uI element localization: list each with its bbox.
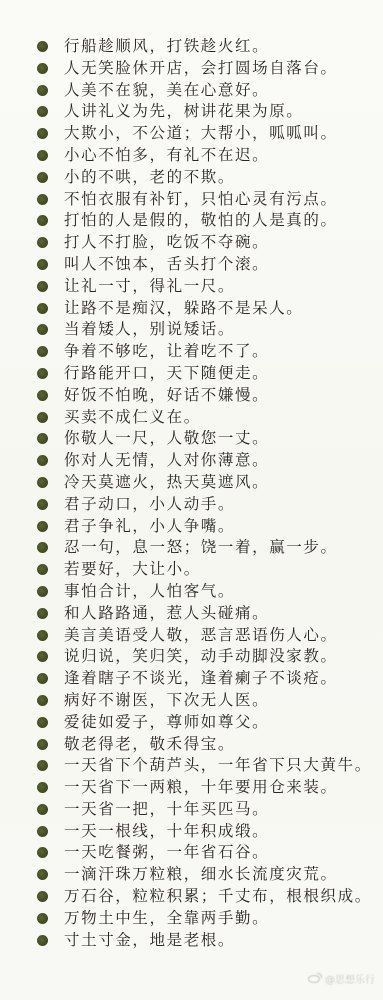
proverb-text: 打人不打脸，吃饭不夺碗。	[64, 233, 269, 251]
bullet-icon	[37, 630, 48, 641]
proverb-text: 行船趁顺风，打铁趁火红。	[64, 37, 269, 55]
list-item: 一天省下一两粮，十年要用仓来装。	[34, 776, 372, 798]
proverb-text: 不怕衣服有补钉，只怕心灵有污点。	[64, 190, 338, 208]
bullet-icon	[37, 542, 48, 553]
list-item: 一天一根线，十年积成缎。	[34, 820, 372, 842]
bullet-icon	[37, 215, 48, 226]
proverb-text: 人美不在貌，美在心意好。	[64, 81, 269, 99]
proverb-text: 打怕的人是假的，敬怕的人是真的。	[64, 211, 338, 229]
bullet-icon	[37, 739, 48, 750]
proverb-text: 买卖不成仁义在。	[64, 408, 201, 426]
list-item: 冷天莫遮火，热天莫遮风。	[34, 471, 372, 493]
watermark: @思想乐行	[308, 971, 375, 986]
proverb-text: 一天省下一两粮，十年要用仓来装。	[64, 778, 338, 796]
list-item: 你敬人一尺，人敬您一丈。	[34, 427, 372, 449]
list-item: 万物土中生，全靠两手勤。	[34, 907, 372, 929]
list-item: 叫人不蚀本，舌头打个滚。	[34, 253, 372, 275]
bullet-icon	[37, 128, 48, 139]
proverb-list: 行船趁顺风，打铁趁火红。人无笑脸休开店，会打圆场自落台。人美不在貌，美在心意好。…	[34, 35, 372, 950]
bullet-icon	[37, 608, 48, 619]
bullet-icon	[37, 564, 48, 575]
proverb-text: 若要好，大让小。	[64, 560, 201, 578]
proverb-text: 小心不怕多，有礼不在迟。	[64, 146, 269, 164]
bullet-icon	[37, 826, 48, 837]
bullet-icon	[37, 869, 48, 880]
list-item: 人美不在貌，美在心意好。	[34, 79, 372, 101]
proverb-text: 一天省下个葫芦头，一年省下只大黄牛。	[64, 756, 372, 774]
proverb-text: 人讲礼义为先，树讲花果为原。	[64, 102, 303, 120]
bullet-icon	[37, 412, 48, 423]
proverb-text: 一天省一把，十年买匹马。	[64, 800, 269, 818]
proverb-text: 让礼一寸，得礼一尺。	[64, 277, 235, 295]
list-item: 小心不怕多，有礼不在迟。	[34, 144, 372, 166]
proverb-text: 人无笑脸休开店，会打圆场自落台。	[64, 59, 338, 77]
list-item: 好饭不怕晚，好话不嫌慢。	[34, 384, 372, 406]
bullet-icon	[37, 172, 48, 183]
proverb-text: 一天一根线，十年积成缎。	[64, 822, 269, 840]
list-item: 一天吃餐粥，一年省石谷。	[34, 841, 372, 863]
bullet-icon	[37, 804, 48, 815]
list-item: 君子动口，小人动手。	[34, 493, 372, 515]
proverb-text: 君子争礼，小人争嘴。	[64, 517, 235, 535]
list-item: 人无笑脸休开店，会打圆场自落台。	[34, 57, 372, 79]
list-item: 打人不打脸，吃饭不夺碗。	[34, 231, 372, 253]
bullet-icon	[37, 651, 48, 662]
proverb-text: 美言美语受人敬，恶言恶语伤人心。	[64, 626, 338, 644]
proverb-text: 叫人不蚀本，舌头打个滚。	[64, 255, 269, 273]
bullet-icon	[37, 106, 48, 117]
proverb-text: 一天吃餐粥，一年省石谷。	[64, 843, 269, 861]
list-item: 小的不哄，老的不欺。	[34, 166, 372, 188]
list-item: 万石谷，粒粒积累；千丈布，根根织成。	[34, 885, 372, 907]
proverb-text: 当着矮人，别说矮话。	[64, 320, 235, 338]
list-item: 你对人无情，人对你薄意。	[34, 449, 372, 471]
bullet-icon	[37, 85, 48, 96]
proverb-text: 忍一句，息一怒；饶一着，赢一步。	[64, 538, 338, 556]
bullet-icon	[37, 237, 48, 248]
proverb-text: 争着不够吃，让着吃不了。	[64, 342, 269, 360]
list-item: 打怕的人是假的，敬怕的人是真的。	[34, 209, 372, 231]
list-item: 爱徒如爱子，尊师如尊父。	[34, 711, 372, 733]
bullet-icon	[37, 913, 48, 924]
bullet-icon	[37, 782, 48, 793]
list-item: 美言美语受人敬，恶言恶语伤人心。	[34, 624, 372, 646]
list-item: 人讲礼义为先，树讲花果为原。	[34, 100, 372, 122]
document-page: 行船趁顺风，打铁趁火红。人无笑脸休开店，会打圆场自落台。人美不在貌，美在心意好。…	[0, 0, 383, 1000]
bullet-icon	[37, 695, 48, 706]
list-item: 逢着瞎子不谈光，逢着瘌子不谈疮。	[34, 667, 372, 689]
bullet-icon	[37, 935, 48, 946]
proverb-text: 你对人无情，人对你薄意。	[64, 451, 269, 469]
proverb-text: 让路不是痴汉，躲路不是呆人。	[64, 299, 303, 317]
proverb-text: 好饭不怕晚，好话不嫌慢。	[64, 386, 269, 404]
weibo-icon	[308, 973, 322, 984]
list-item: 寸土寸金，地是老根。	[34, 929, 372, 951]
list-item: 病好不谢医，下次无人医。	[34, 689, 372, 711]
proverb-text: 君子动口，小人动手。	[64, 495, 235, 513]
list-item: 一滴汗珠万粒粮，细水长流度灾荒。	[34, 863, 372, 885]
proverb-text: 寸土寸金，地是老根。	[64, 931, 235, 949]
list-item: 君子争礼，小人争嘴。	[34, 515, 372, 537]
bullet-icon	[37, 281, 48, 292]
bullet-icon	[37, 717, 48, 728]
list-item: 敬老得老，敬禾得宝。	[34, 733, 372, 755]
proverb-text: 冷天莫遮火，热天莫遮风。	[64, 473, 269, 491]
bullet-icon	[37, 346, 48, 357]
list-item: 大欺小，不公道；大帮小，呱呱叫。	[34, 122, 372, 144]
bullet-icon	[37, 390, 48, 401]
bullet-icon	[37, 521, 48, 532]
bullet-icon	[37, 586, 48, 597]
list-item: 争着不够吃，让着吃不了。	[34, 340, 372, 362]
proverb-text: 爱徒如爱子，尊师如尊父。	[64, 713, 269, 731]
bullet-icon	[37, 477, 48, 488]
bullet-icon	[37, 194, 48, 205]
proverb-text: 一滴汗珠万粒粮，细水长流度灾荒。	[64, 865, 338, 883]
list-item: 让礼一寸，得礼一尺。	[34, 275, 372, 297]
list-item: 不怕衣服有补钉，只怕心灵有污点。	[34, 188, 372, 210]
proverb-text: 大欺小，不公道；大帮小，呱呱叫。	[64, 124, 338, 142]
bullet-icon	[37, 673, 48, 684]
bullet-icon	[37, 433, 48, 444]
list-item: 让路不是痴汉，躲路不是呆人。	[34, 297, 372, 319]
proverb-text: 敬老得老，敬禾得宝。	[64, 735, 235, 753]
bullet-icon	[37, 891, 48, 902]
list-item: 事怕合计，人怕客气。	[34, 580, 372, 602]
proverb-text: 事怕合计，人怕客气。	[64, 582, 235, 600]
proverb-text: 行路能开口，天下随便走。	[64, 364, 269, 382]
bullet-icon	[37, 324, 48, 335]
list-item: 和人路路通，惹人头碰痛。	[34, 602, 372, 624]
bullet-icon	[37, 499, 48, 510]
proverb-text: 和人路路通，惹人头碰痛。	[64, 604, 269, 622]
bullet-icon	[37, 259, 48, 270]
bullet-icon	[37, 847, 48, 858]
list-item: 忍一句，息一怒；饶一着，赢一步。	[34, 536, 372, 558]
proverb-text: 你敬人一尺，人敬您一丈。	[64, 429, 269, 447]
list-item: 行路能开口，天下随便走。	[34, 362, 372, 384]
bullet-icon	[37, 63, 48, 74]
list-item: 一天省下个葫芦头，一年省下只大黄牛。	[34, 754, 372, 776]
proverb-text: 逢着瞎子不谈光，逢着瘌子不谈疮。	[64, 669, 338, 687]
proverb-text: 小的不哄，老的不欺。	[64, 168, 235, 186]
bullet-icon	[37, 760, 48, 771]
list-item: 行船趁顺风，打铁趁火红。	[34, 35, 372, 57]
list-item: 买卖不成仁义在。	[34, 406, 372, 428]
proverb-text: 万石谷，粒粒积累；千丈布，根根织成。	[64, 887, 372, 905]
bullet-icon	[37, 368, 48, 379]
proverb-text: 病好不谢医，下次无人医。	[64, 691, 269, 709]
bullet-icon	[37, 41, 48, 52]
proverb-text: 说归说，笑归笑，动手动脚没家教。	[64, 647, 338, 665]
list-item: 若要好，大让小。	[34, 558, 372, 580]
bullet-icon	[37, 150, 48, 161]
bullet-icon	[37, 455, 48, 466]
list-item: 一天省一把，十年买匹马。	[34, 798, 372, 820]
watermark-text: @思想乐行	[325, 971, 375, 986]
proverb-text: 万物土中生，全靠两手勤。	[64, 909, 269, 927]
list-item: 当着矮人，别说矮话。	[34, 318, 372, 340]
bullet-icon	[37, 303, 48, 314]
list-item: 说归说，笑归笑，动手动脚没家教。	[34, 645, 372, 667]
